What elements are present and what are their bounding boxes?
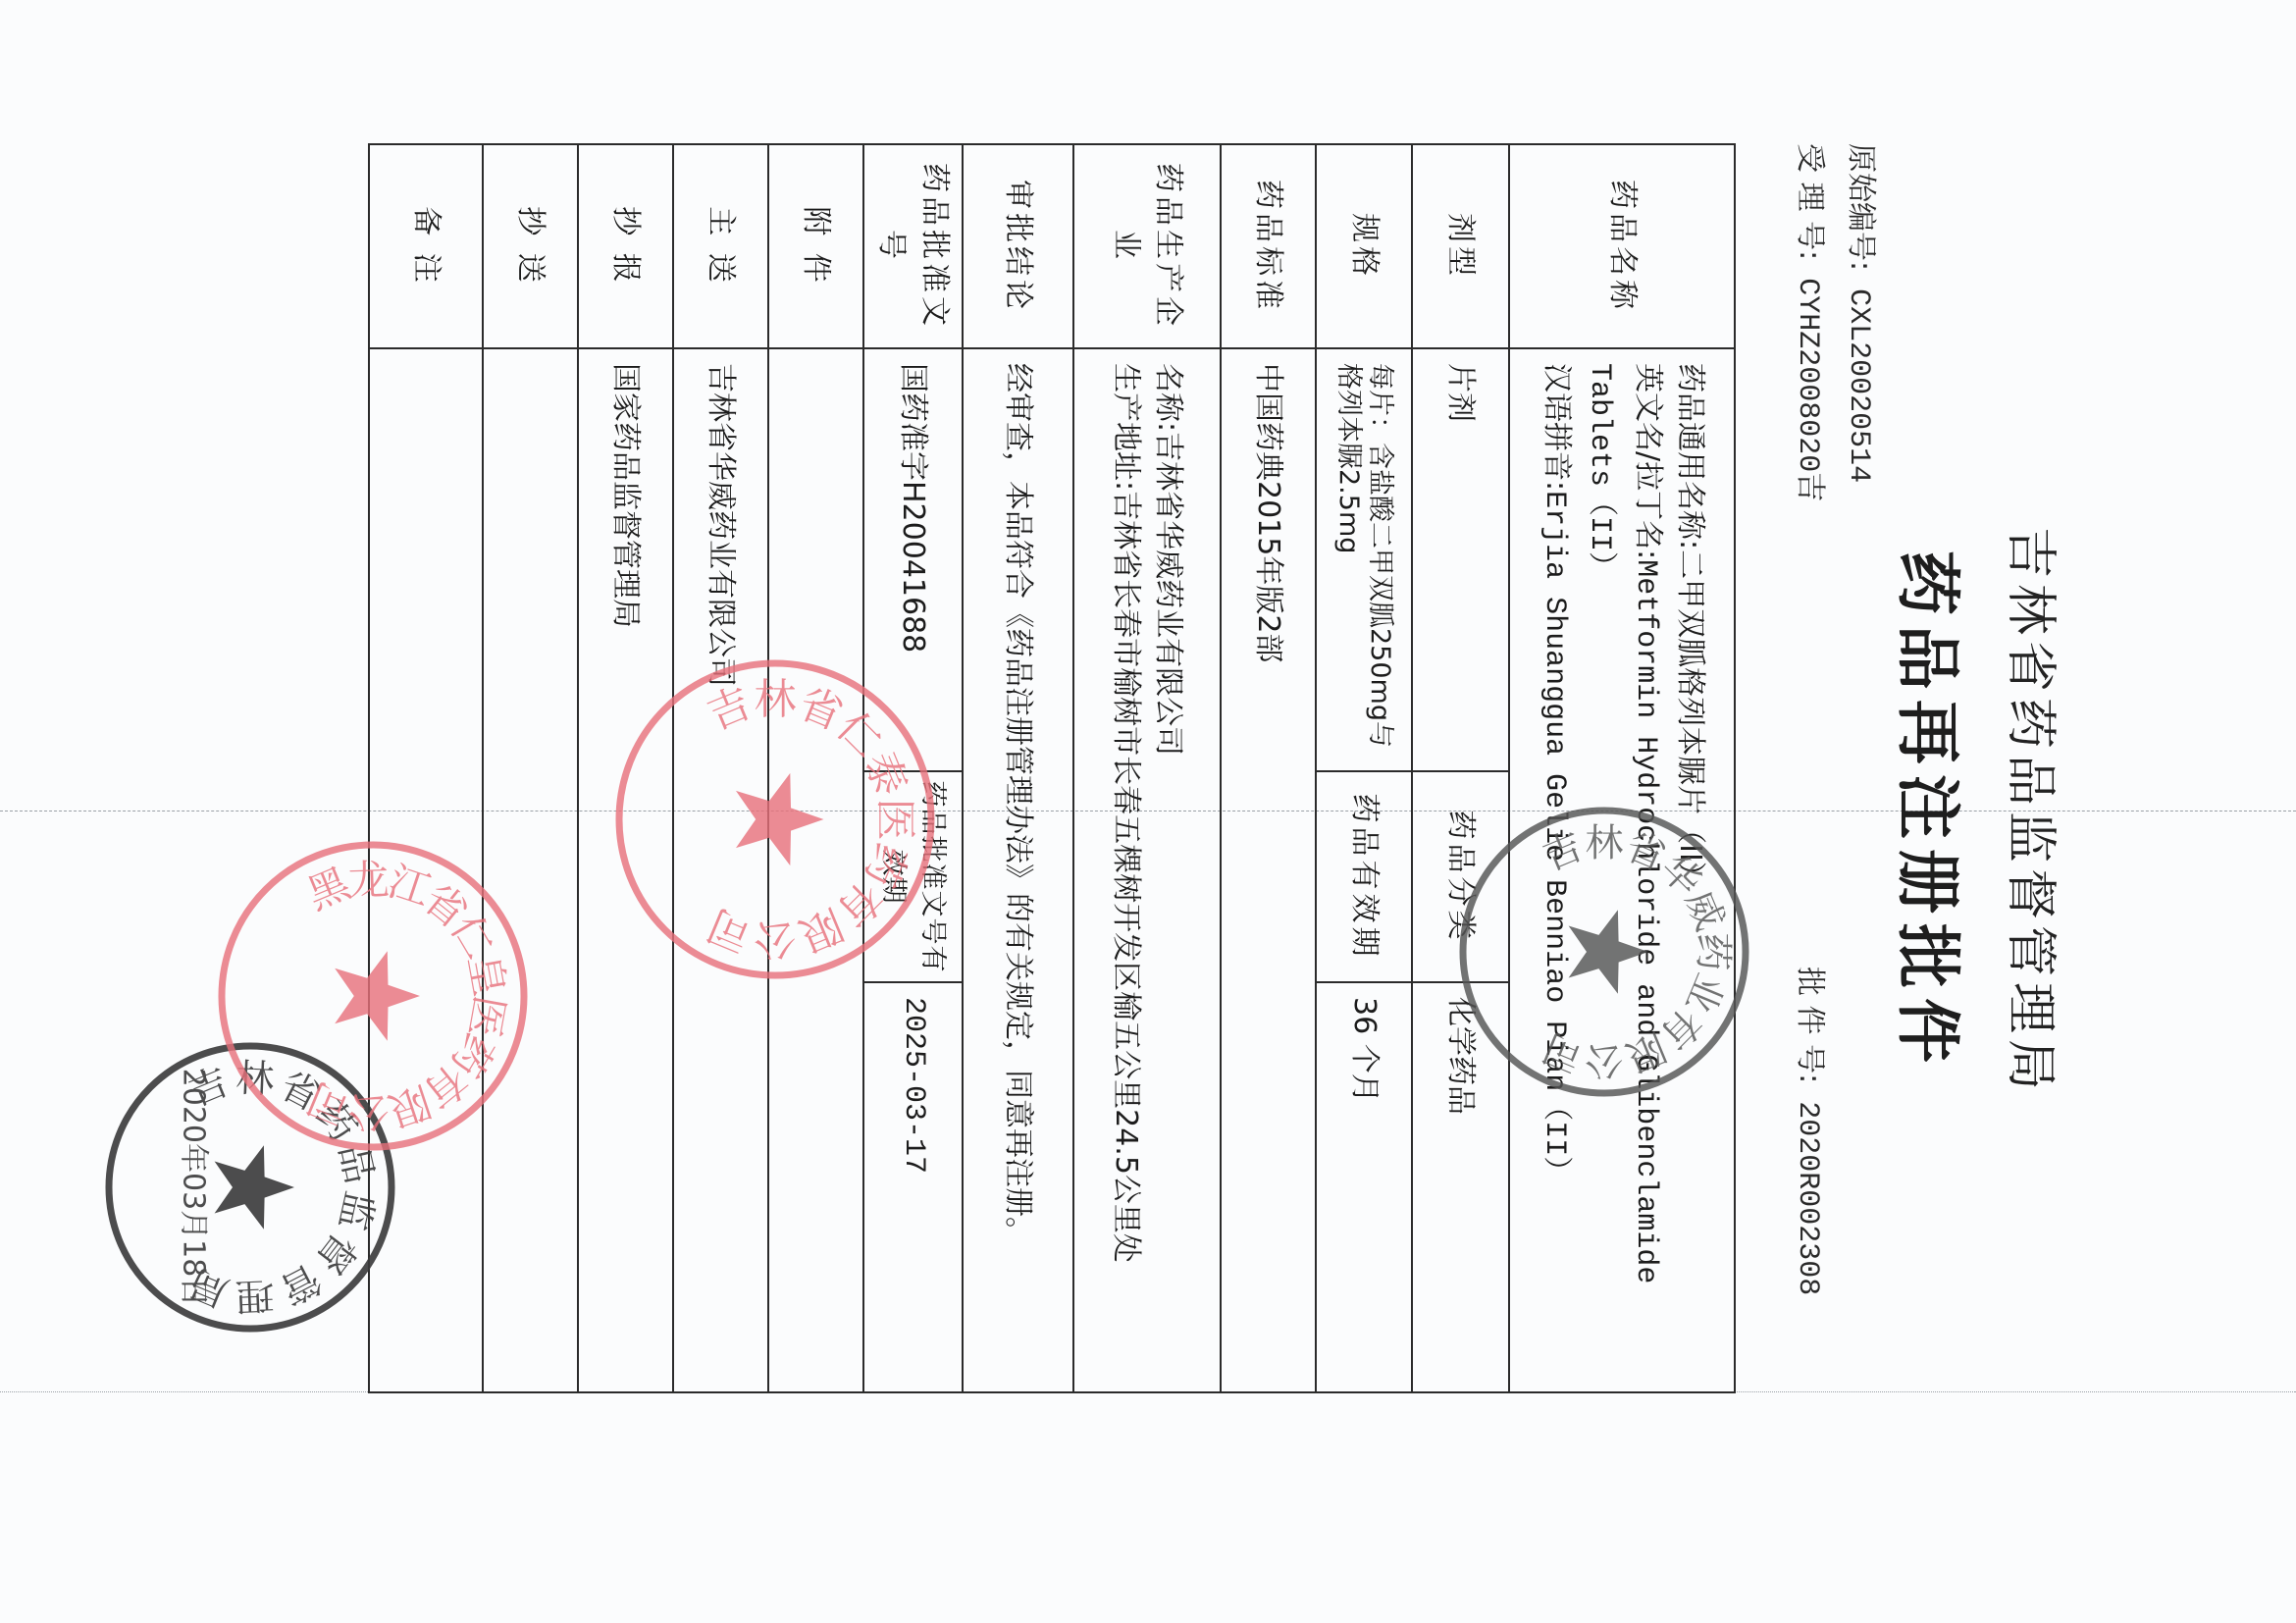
approval-form-table: 药品名称 药品通用名称:二甲双胍格列本脲片（II） 英文名/拉丁名:Metfor… xyxy=(368,143,1736,1393)
document-title: 药品再注册批件 xyxy=(1887,0,1980,1623)
english-name-label: 英文名/拉丁名: xyxy=(1631,363,1665,559)
company-stamp: 吉林省华威药业有限公司 xyxy=(1457,805,1751,1099)
table-row: 药品标准 中国药典2015年版2部 xyxy=(1221,144,1316,1392)
svg-text:药: 药 xyxy=(1691,932,1735,970)
main-recipient-label: 主 送 xyxy=(673,144,768,348)
specification-value: 每片：含盐酸二甲双胍250mg与格列本脲2.5mg xyxy=(1316,348,1412,771)
original-number-value: CXL20020514 xyxy=(1842,288,1875,483)
remarks-label: 备 注 xyxy=(369,144,483,348)
table-row: 抄 送 xyxy=(483,144,578,1392)
pinyin-label: 汉语拼音: xyxy=(1539,363,1574,491)
copy-seal-center: 吉林省仁泰医药有限公司 xyxy=(613,657,937,981)
table-row: 药品生产企业 名称:吉林省华威药业有限公司 生产地址:吉林省长春市榆树市长春五棵… xyxy=(1073,144,1221,1392)
original-number-label: 原始编号: xyxy=(1844,143,1878,271)
svg-text:吉: 吉 xyxy=(1537,824,1589,880)
attachment-label: 附 件 xyxy=(768,144,863,348)
svg-text:司: 司 xyxy=(701,899,758,961)
manufacturer-name-label: 名称: xyxy=(1152,363,1186,432)
conclusion-label: 审批结论 xyxy=(963,144,1073,348)
approval-doc-number-label: 批 件 号: xyxy=(1793,967,1827,1083)
standard-value: 中国药典2015年版2部 xyxy=(1221,348,1316,1392)
svg-text:林: 林 xyxy=(755,676,797,725)
standard-label: 药品标准 xyxy=(1221,144,1316,348)
acceptance-number-value: CYHZ2008020吉 xyxy=(1791,278,1824,501)
svg-text:吉: 吉 xyxy=(701,679,758,741)
dosage-form-label: 剂型 xyxy=(1412,144,1509,348)
scanned-document-frame: 吉林省药品监督管理局 药品再注册批件 原始编号: CXL20020514 受 理… xyxy=(0,0,2296,1623)
document-page: 吉林省药品监督管理局 药品再注册批件 原始编号: CXL20020514 受 理… xyxy=(0,0,2296,1623)
approval-doc-number: 批 件 号: 2020R002308 xyxy=(1791,967,1835,1295)
cc-label: 抄 送 xyxy=(483,144,578,348)
original-number: 原始编号: CXL20020514 xyxy=(1842,143,1886,483)
conclusion-value: 经审查，本品符合《药品注册管理办法》的有关规定，同意再注册。 xyxy=(963,348,1073,1392)
svg-text:2020年03月18日: 2020年03月18日 xyxy=(177,1069,211,1307)
approval-doc-number-value: 2020R002308 xyxy=(1791,1101,1824,1295)
drug-name-label: 药品名称 xyxy=(1509,144,1735,348)
copy-seal-left: 黑龙江省仁皇医药有限公司 xyxy=(216,839,530,1153)
dosage-form-value: 片剂 xyxy=(1412,348,1509,771)
acceptance-number: 受 理 号: CYHZ2008020吉 xyxy=(1791,143,1835,501)
approval-validity-value: 2025-03-17 xyxy=(863,982,963,1392)
table-row: 审批结论 经审查，本品符合《药品注册管理办法》的有关规定，同意再注册。 xyxy=(963,144,1073,1392)
svg-text:医: 医 xyxy=(869,799,918,841)
generic-name-label: 药品通用名称: xyxy=(1674,363,1708,550)
shelf-life-value: 36 个月 xyxy=(1316,982,1412,1392)
manufacturer-label: 药品生产企业 xyxy=(1073,144,1221,348)
table-row: 剂型 片剂 药品分类 化学药品 xyxy=(1412,144,1509,1392)
svg-text:监: 监 xyxy=(330,1187,381,1234)
issuer-heading: 吉林省药品监督管理局 xyxy=(1999,0,2072,1623)
svg-text:理: 理 xyxy=(235,1273,275,1319)
shelf-life-label: 药品有效期 xyxy=(1316,771,1412,982)
svg-text:司: 司 xyxy=(1537,1023,1589,1079)
acceptance-number-label: 受 理 号: xyxy=(1793,143,1827,260)
table-row: 药品名称 药品通用名称:二甲双胍格列本脲片（II） 英文名/拉丁名:Metfor… xyxy=(1509,144,1735,1392)
manufacturer-address: 吉林省长春市榆树市长春五棵树开发区榆五公里24.5公里处 xyxy=(1109,491,1143,1263)
report-copy-label: 抄 报 xyxy=(578,144,673,348)
manufacturer-value: 名称:吉林省华威药业有限公司 生产地址:吉林省长春市榆树市长春五棵树开发区榆五公… xyxy=(1073,348,1221,1392)
manufacturer-address-label: 生产地址: xyxy=(1109,363,1143,491)
table-row: 规格 每片：含盐酸二甲双胍250mg与格列本脲2.5mg 药品有效期 36 个月 xyxy=(1316,144,1412,1392)
svg-text:公: 公 xyxy=(755,914,797,963)
svg-text:公: 公 xyxy=(1585,1038,1623,1082)
approval-number-label: 药品批准文号 xyxy=(863,144,963,348)
manufacturer-name: 吉林省华威药业有限公司 xyxy=(1152,432,1186,756)
specification-label: 规格 xyxy=(1316,144,1412,348)
svg-text:林: 林 xyxy=(1585,822,1623,866)
